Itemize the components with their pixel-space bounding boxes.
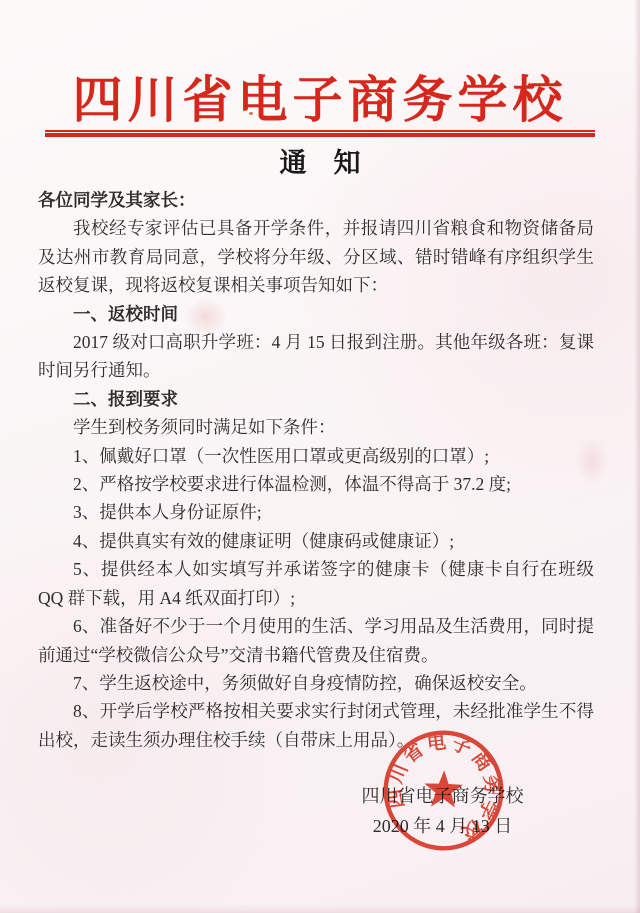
notice-body: 各位同学及其家长： 我校经专家评估已具备开学条件，并报请四川省粮食和物资储备局及… [38,186,594,754]
salutation: 各位同学及其家长： [38,186,594,214]
notice-paragraph: 8、开学后学校严格按相关要求实行封闭式管理，未经批准学生不得出校，走读生须办理住… [38,697,594,754]
header-double-rule [45,130,595,137]
official-seal: 四川省电子商务学校 [378,725,509,856]
seal-star-icon [424,770,464,808]
school-name-title: 四川省电子商务学校 [0,60,640,132]
notice-paragraph: 2、严格按学校要求进行体温检测，体温不得高于 37.2 度; [38,470,594,498]
notice-paragraph: 我校经专家评估已具备开学条件，并报请四川省粮食和物资储备局及达州市教育局同意，学… [38,214,594,299]
section-heading: 一、返校时间 [38,300,594,328]
notice-paragraph: 7、学生返校途中，务须做好自身疫情防控，确保返校安全。 [38,669,594,697]
scan-smudge [185,298,227,336]
rule-thick-line [45,133,595,137]
notice-title: 通 知 [0,141,640,180]
scanned-notice-document: 四川省电子商务学校 通 知 各位同学及其家长： 我校经专家评估已具备开学条件，并… [0,0,640,913]
notice-paragraph: 2017 级对口高职升学班：4 月 15 日报到注册。其他年级各班：复课时间另行… [38,328,594,385]
notice-paragraph: 5、提供经本人如实填写并承诺签字的健康卡（健康卡自行在班级 QQ 群下载，用 A… [38,555,594,612]
scan-speck [249,112,253,115]
notice-paragraph: 3、提供本人身份证原件; [38,498,594,526]
section-heading: 二、报到要求 [38,385,594,413]
notice-paragraph: 6、准备好不少于一个月使用的生活、学习用品及生活费用，同时提前通过“学校微信公众… [38,612,594,669]
rule-thin-line [45,130,595,132]
scan-smudge [575,438,609,484]
notice-paragraph: 1、佩戴好口罩（一次性医用口罩或更高级别的口罩）; [38,442,594,470]
notice-paragraph: 4、提供真实有效的健康证明（健康码或健康证）; [38,527,594,555]
notice-paragraph: 学生到校务须同时满足如下条件： [38,413,594,441]
